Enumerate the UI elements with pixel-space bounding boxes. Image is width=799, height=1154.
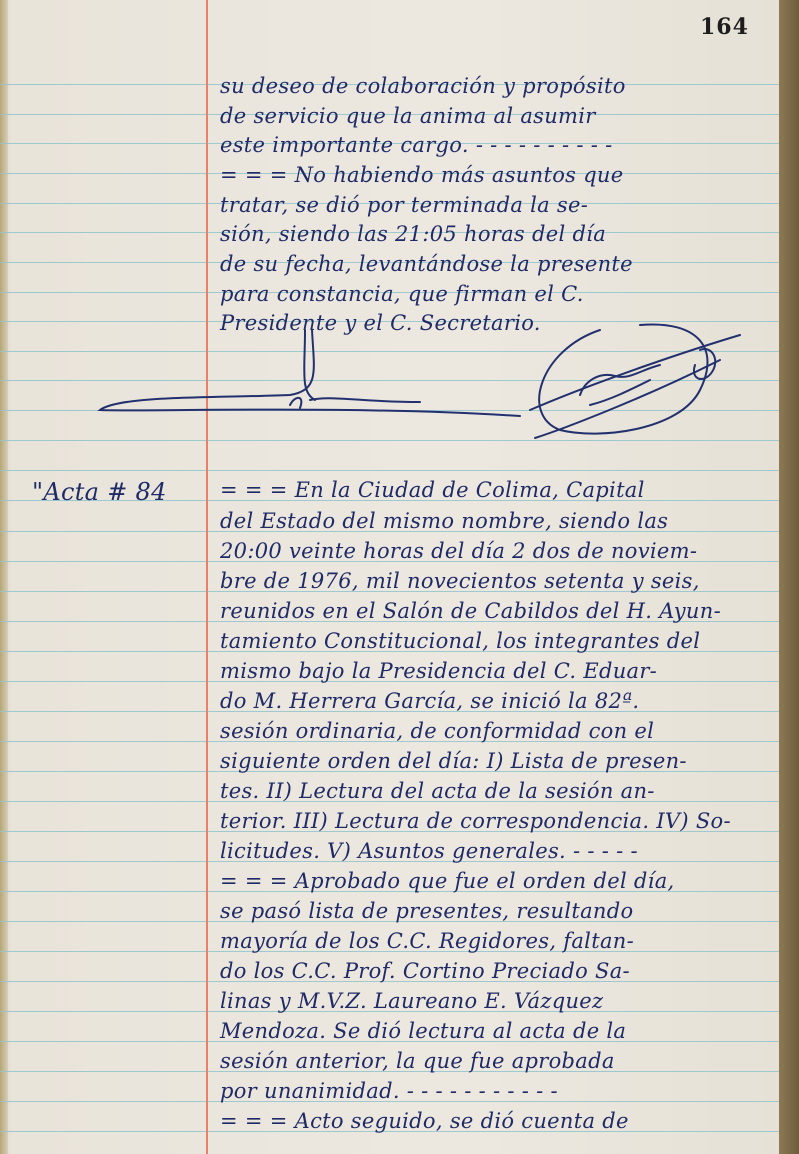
handwritten-line: su deseo de colaboración y propósito [220,74,626,98]
handwritten-line: de su fecha, levantándose la presente [220,252,633,276]
handwritten-line: mismo bajo la Presidencia del C. Eduar- [220,659,657,683]
rule-line [0,470,779,471]
handwritten-line: terior. III) Lectura de correspondencia.… [220,809,731,833]
handwritten-line: tes. II) Lectura del acta de la sesión a… [220,779,655,803]
handwritten-line: tratar, se dió por terminada la se- [220,193,588,217]
handwritten-line: 20:00 veinte horas del día 2 dos de novi… [220,539,697,563]
handwritten-line: do M. Herrera García, se inició la 82ª. [220,689,639,713]
rule-line [0,410,779,411]
handwritten-line: se pasó lista de presentes, resultando [220,899,633,923]
page-number: 164 [700,14,749,40]
handwritten-line: linas y M.V.Z. Laureano E. Vázquez [220,989,603,1013]
acta-margin-label: "Acta # 84 [32,478,167,506]
handwritten-line: = = = Acto seguido, se dió cuenta de [220,1109,629,1133]
handwritten-line: Presidente y el C. Secretario. [220,311,541,335]
margin-line [206,0,208,1154]
handwritten-line: siguiente orden del día: I) Lista de pre… [220,749,687,773]
handwritten-line: sión, siendo las 21:05 horas del día [220,222,606,246]
handwritten-line: reunidos en el Salón de Cabildos del H. … [220,599,721,623]
handwritten-line: sesión anterior, la que fue aprobada [220,1049,615,1073]
handwritten-line: para constancia, que firman el C. [220,282,584,306]
handwritten-line: Mendoza. Se dió lectura al acta de la [220,1019,626,1043]
handwritten-line: bre de 1976, mil novecientos setenta y s… [220,569,700,593]
handwritten-line: tamiento Constitucional, los integrantes… [220,629,700,653]
handwritten-line: = = = En la Ciudad de Colima, Capital [220,478,645,502]
book-page-edge [779,0,799,1154]
rule-line [0,380,779,381]
handwritten-line: mayoría de los C.C. Regidores, faltan- [220,929,634,953]
handwritten-line: del Estado del mismo nombre, siendo las [220,509,668,533]
handwritten-line: este importante cargo. - - - - - - - - -… [220,133,613,157]
secretary-signature [530,324,740,438]
handwritten-line: sesión ordinaria, de conformidad con el [220,719,654,743]
handwritten-line: por unanimidad. - - - - - - - - - - - [220,1079,558,1103]
handwritten-line: = = = Aprobado que fue el orden del día, [220,869,675,893]
president-signature [100,330,520,416]
handwritten-line: licitudes. V) Asuntos generales. - - - -… [220,839,638,863]
handwritten-line: do los C.C. Prof. Cortino Preciado Sa- [220,959,630,983]
rule-line [0,440,779,441]
handwritten-line: de servicio que la anima al asumir [220,104,596,128]
ledger-page: 164 su deseo de colaboración y propósito… [0,0,779,1154]
handwritten-line: = = = No habiendo más asuntos que [220,163,624,187]
rule-line [0,351,779,352]
